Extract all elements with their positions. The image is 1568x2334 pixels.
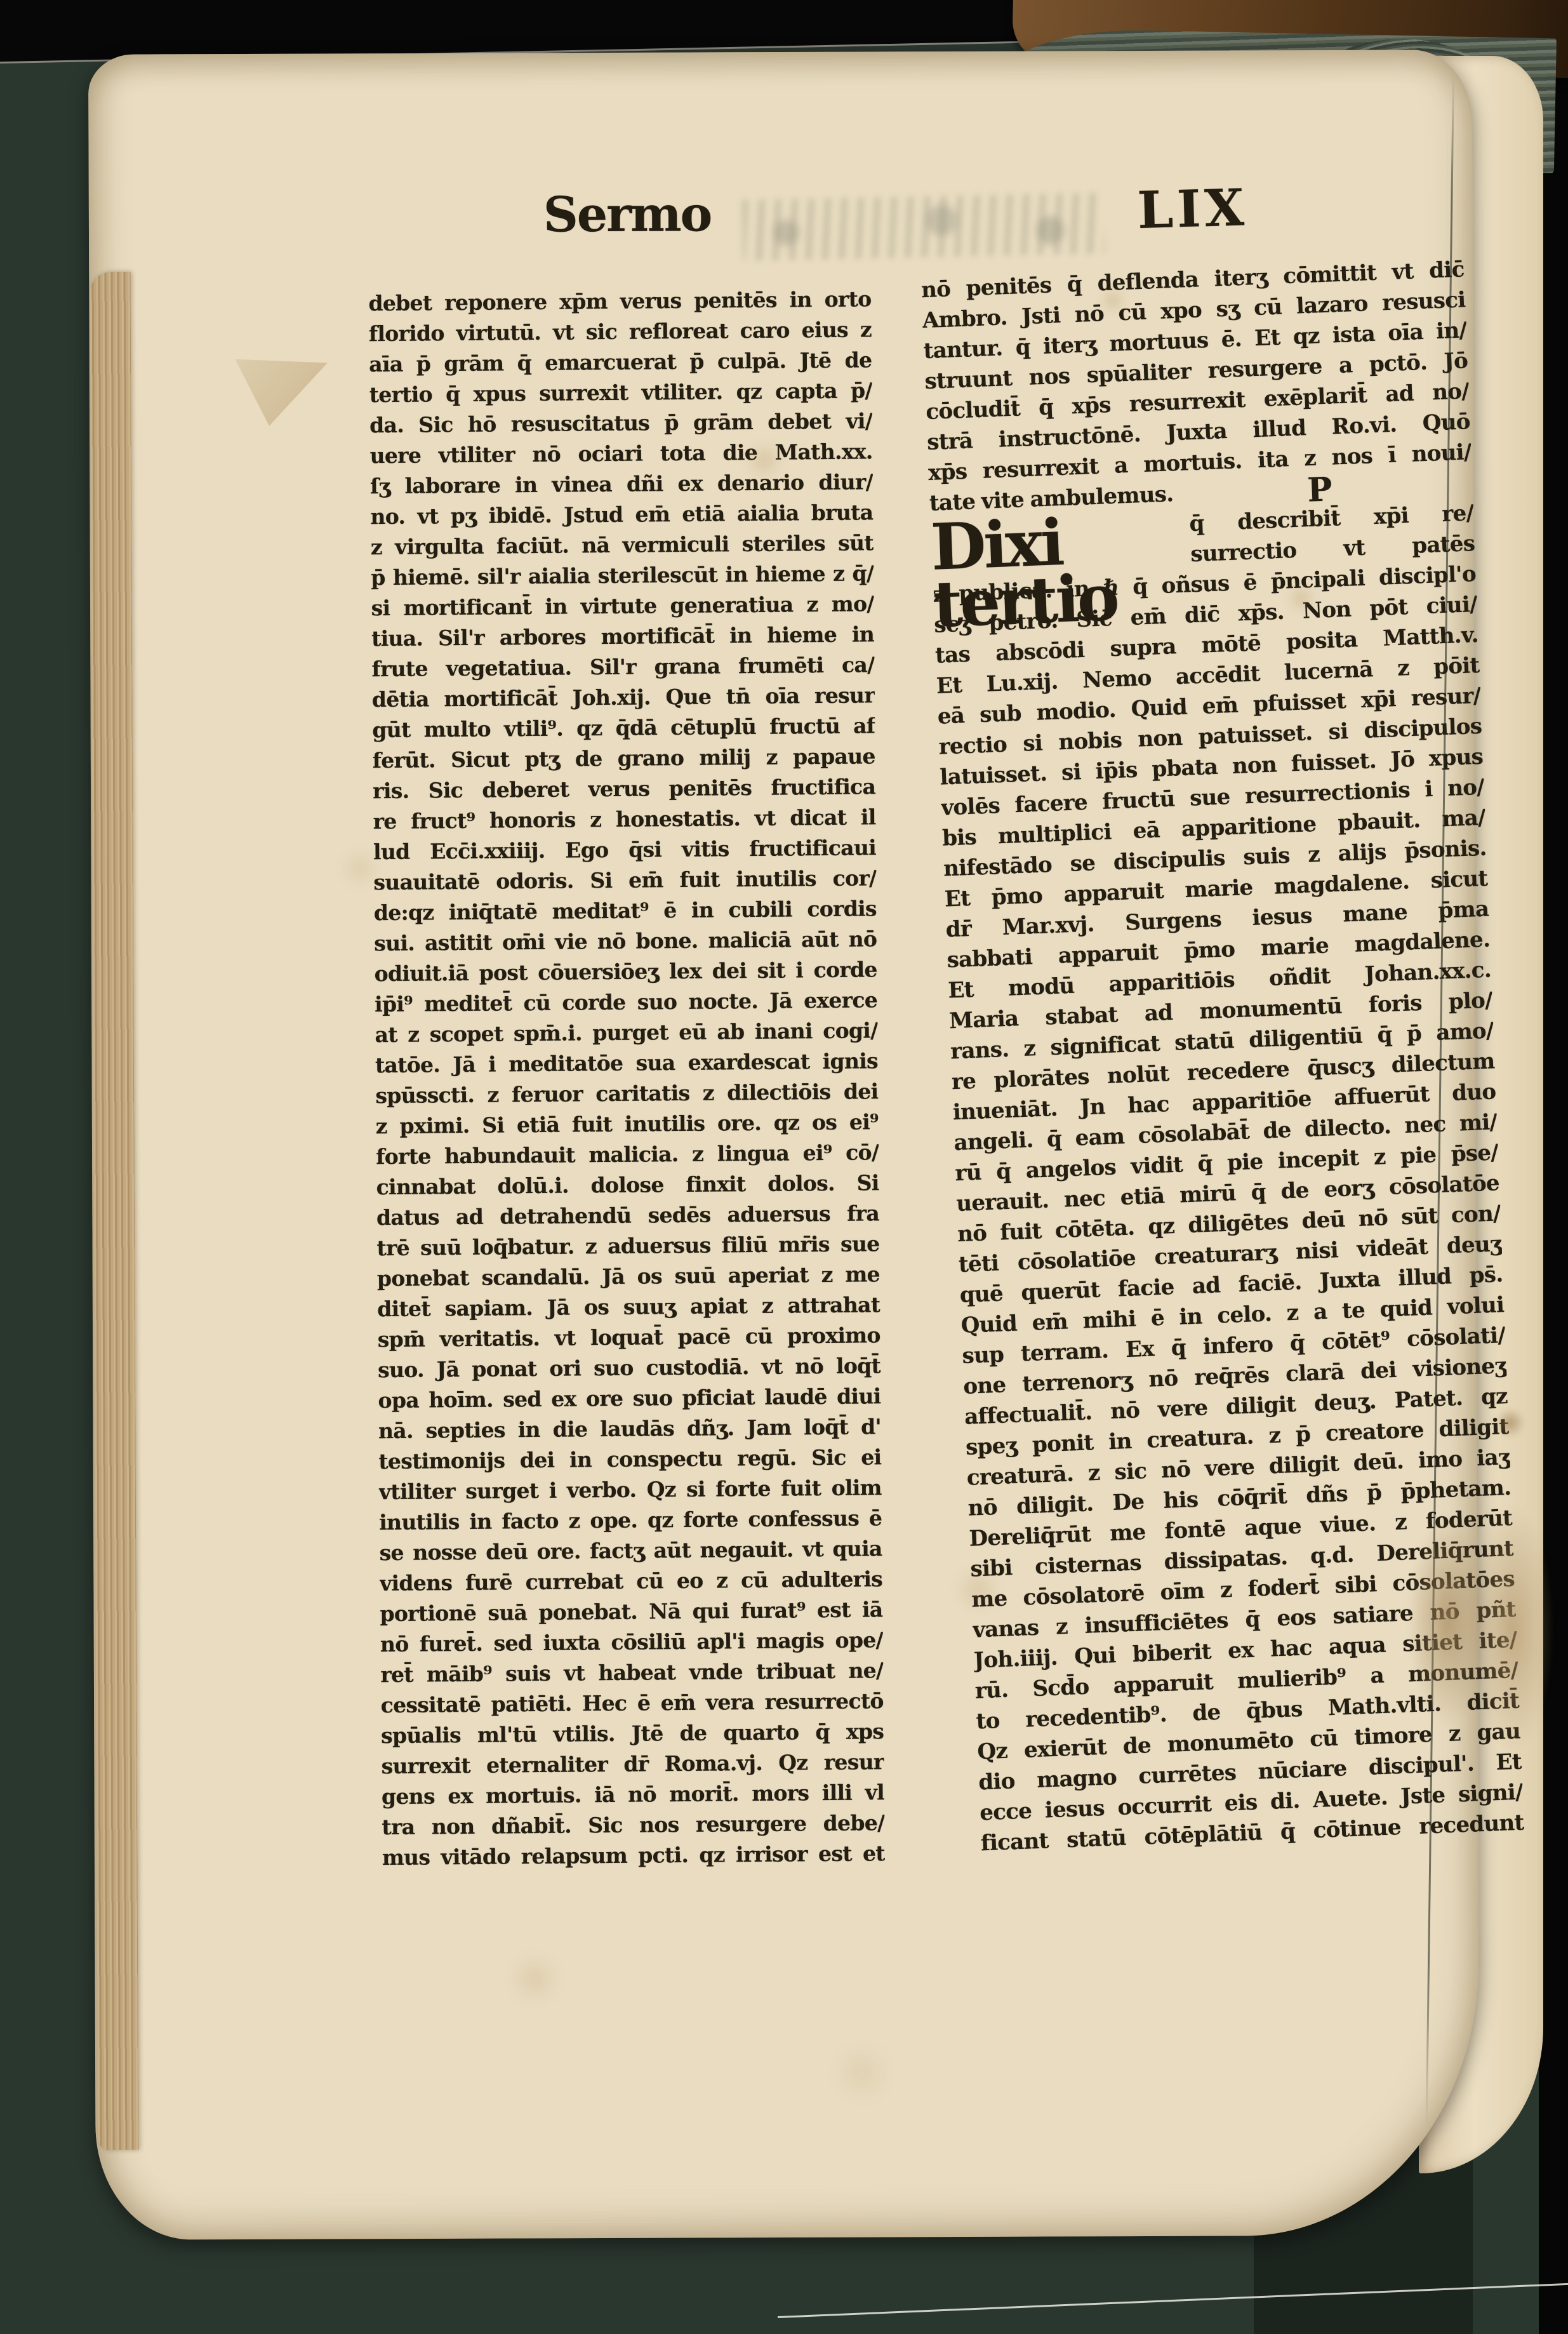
photographed-book-scene: Sermo LIX debet reponere xp̄m verus peni… bbox=[0, 0, 1568, 2334]
gutter-page-edges bbox=[90, 272, 139, 2150]
text-line: suauitatē odoris. Si em̄ fuit inutilis c… bbox=[373, 863, 876, 898]
damp-stain bbox=[1470, 1505, 1554, 1752]
section-heading: Dixi tertio bbox=[930, 509, 1191, 580]
text-line: opa hoīm. sed ex ore suo pficiat laudē d… bbox=[378, 1381, 880, 1416]
left-text-column: debet reponere xp̄m verus penitēs in ort… bbox=[368, 284, 885, 1873]
corner-crease bbox=[233, 346, 336, 432]
text-line: nā. septies in die laudās dñʒ. Jam loq̄t… bbox=[378, 1411, 881, 1446]
text-line: aīa p̄ grām q̄ emarcuerat p̄ culpā. Jtē … bbox=[369, 345, 872, 380]
text-line: p̄ hiemē. sil'r aialia sterilescūt in hi… bbox=[371, 558, 874, 593]
text-line: re fruct⁹ honoris z honestatis. vt dicat… bbox=[373, 802, 875, 837]
text-line: nō furet̄. sed iuxta cōsiliū apl'i magis… bbox=[380, 1625, 883, 1660]
text-line: frute vegetatiua. Sil'r grana frumēti ca… bbox=[371, 650, 874, 684]
text-line: spūsscti. z feruor caritatis z dilectiōi… bbox=[375, 1076, 878, 1111]
text-line: inutilis in facto z ope. qz forte confes… bbox=[379, 1503, 882, 1538]
text-line: florido virtutū. vt sic refloreat caro e… bbox=[369, 314, 872, 349]
text-line: odiuit.iā post cōuersiōeʒ lex dei sit i … bbox=[375, 954, 877, 989]
text-line: z virgulta faciūt. nā vermiculi steriles… bbox=[371, 528, 874, 563]
text-line: dētia mortificāt̄ Joh.xij. Que tn̄ oīa r… bbox=[372, 680, 875, 715]
text-line: mus vitādo relapsum pcti. qz irrisor est… bbox=[382, 1838, 885, 1873]
text-line: tatōe. Jā i meditatōe sua exardescat ign… bbox=[375, 1046, 878, 1081]
text-line: vtiliter surget i verbo. Qz si forte fui… bbox=[379, 1472, 882, 1507]
text-line: de:qz iniq̄tatē meditat⁹ ē in cubili cor… bbox=[374, 893, 877, 928]
text-line: ſʒ laborare in vinea dñi ex denario diur… bbox=[370, 467, 873, 502]
text-line: uere vtiliter nō ociari tota die Math.xx… bbox=[369, 436, 872, 471]
text-line: ferūt. Sicut ptʒ de grano milij z papaue bbox=[373, 741, 875, 776]
text-line: ponebat scandalū. Jā os suū aperiat z me bbox=[377, 1259, 880, 1294]
text-line: tertio q̄ xpus surrexit vtiliter. qz cap… bbox=[369, 375, 872, 410]
text-line: portionē suā ponebat. Nā qui furat⁹ est … bbox=[380, 1594, 882, 1629]
text-line: forte habundauit malicia. z lingua ei⁹ c… bbox=[376, 1137, 879, 1172]
text-line: tiua. Sil'r arbores mortificāt̄ in hieme… bbox=[371, 619, 874, 654]
text-line: ret̄ māib⁹ suis vt habeat vnde tribuat n… bbox=[380, 1655, 883, 1690]
text-line: datus ad detrahendū sedēs aduersus fra bbox=[376, 1198, 879, 1233]
foxing-spots bbox=[88, 55, 92, 58]
text-line: sui. astitit om̄i vie nō bone. maliciā a… bbox=[374, 924, 877, 959]
text-line: lud Ecc̄i.xxiiij. Ego q̄si vitis fructif… bbox=[373, 832, 876, 867]
damp-stain bbox=[1496, 1408, 1525, 1437]
marginal-letter: P bbox=[1306, 470, 1332, 509]
text-line: trē suū loq̄batur. z aduersus filiū mr̄i… bbox=[376, 1229, 879, 1264]
text-line: surrexit eternaliter dr̄ Roma.vj. Qz res… bbox=[381, 1747, 884, 1782]
text-line: tra non dñabit̄. Sic nos resurgere debe/ bbox=[382, 1808, 884, 1843]
text-line: z pximi. Si etiā fuit inutilis ore. qz o… bbox=[376, 1107, 879, 1142]
text-line: cessitatē patiēti. Hec ē em̄ vera resurr… bbox=[381, 1686, 884, 1721]
text-line: ris. Sic deberet verus penitēs fructific… bbox=[373, 771, 875, 806]
text-line: ip̄i⁹ meditet̄ cū corde suo nocte. Jā ex… bbox=[375, 985, 877, 1020]
text-line: spūalis ml'tū vtilis. Jtē de quarto q̄ x… bbox=[381, 1716, 884, 1751]
text-line: suo. Jā ponat ori suo custodiā. vt nō lo… bbox=[378, 1350, 880, 1385]
running-title: Sermo bbox=[543, 185, 712, 243]
page-number: LIX bbox=[1137, 177, 1249, 240]
text-line: at z scopet spm̄.i. purget eū ab inani c… bbox=[375, 1015, 877, 1050]
text-line: si mortificant̄ in virtute generatiua z … bbox=[371, 589, 874, 624]
text-line: cinnabat dolū.i. dolose finxit dolos. Si bbox=[376, 1168, 879, 1203]
text-line: da. Sic hō resuscitatus p̄ grām debet vi… bbox=[369, 406, 872, 441]
text-line: no. vt pʒ ibidē. Jstud em̄ etiā aialia b… bbox=[370, 497, 873, 532]
text-line: testimonijs dei in conspectu regū. Sic e… bbox=[378, 1442, 881, 1477]
paragraph-end-block: nō penitēs q̄ deflenda iterʒ cōmittit vt… bbox=[920, 254, 1473, 519]
text-line: gūt multo vtili⁹. qz q̄dā cētuplū fructū… bbox=[372, 710, 875, 745]
text-line: se nosse deū ore. factʒ aūt negauit. vt … bbox=[379, 1533, 882, 1568]
book-page: Sermo LIX debet reponere xp̄m verus peni… bbox=[88, 50, 1480, 2240]
text-line: spm̄ veritatis. vt loquat̄ pacē cū proxi… bbox=[378, 1320, 880, 1355]
offset-ink-ghost bbox=[742, 192, 1105, 261]
text-line: debet reponere xp̄m verus penitēs in ort… bbox=[368, 284, 871, 319]
text-line: videns furē currebat cū eo z cū adulteri… bbox=[380, 1564, 882, 1599]
text-line: ditet̄ sapiam. Jā os suuʒ apiat z attrah… bbox=[377, 1290, 880, 1324]
text-line: gens ex mortuis. iā nō morit̄. mors illi… bbox=[382, 1777, 884, 1812]
